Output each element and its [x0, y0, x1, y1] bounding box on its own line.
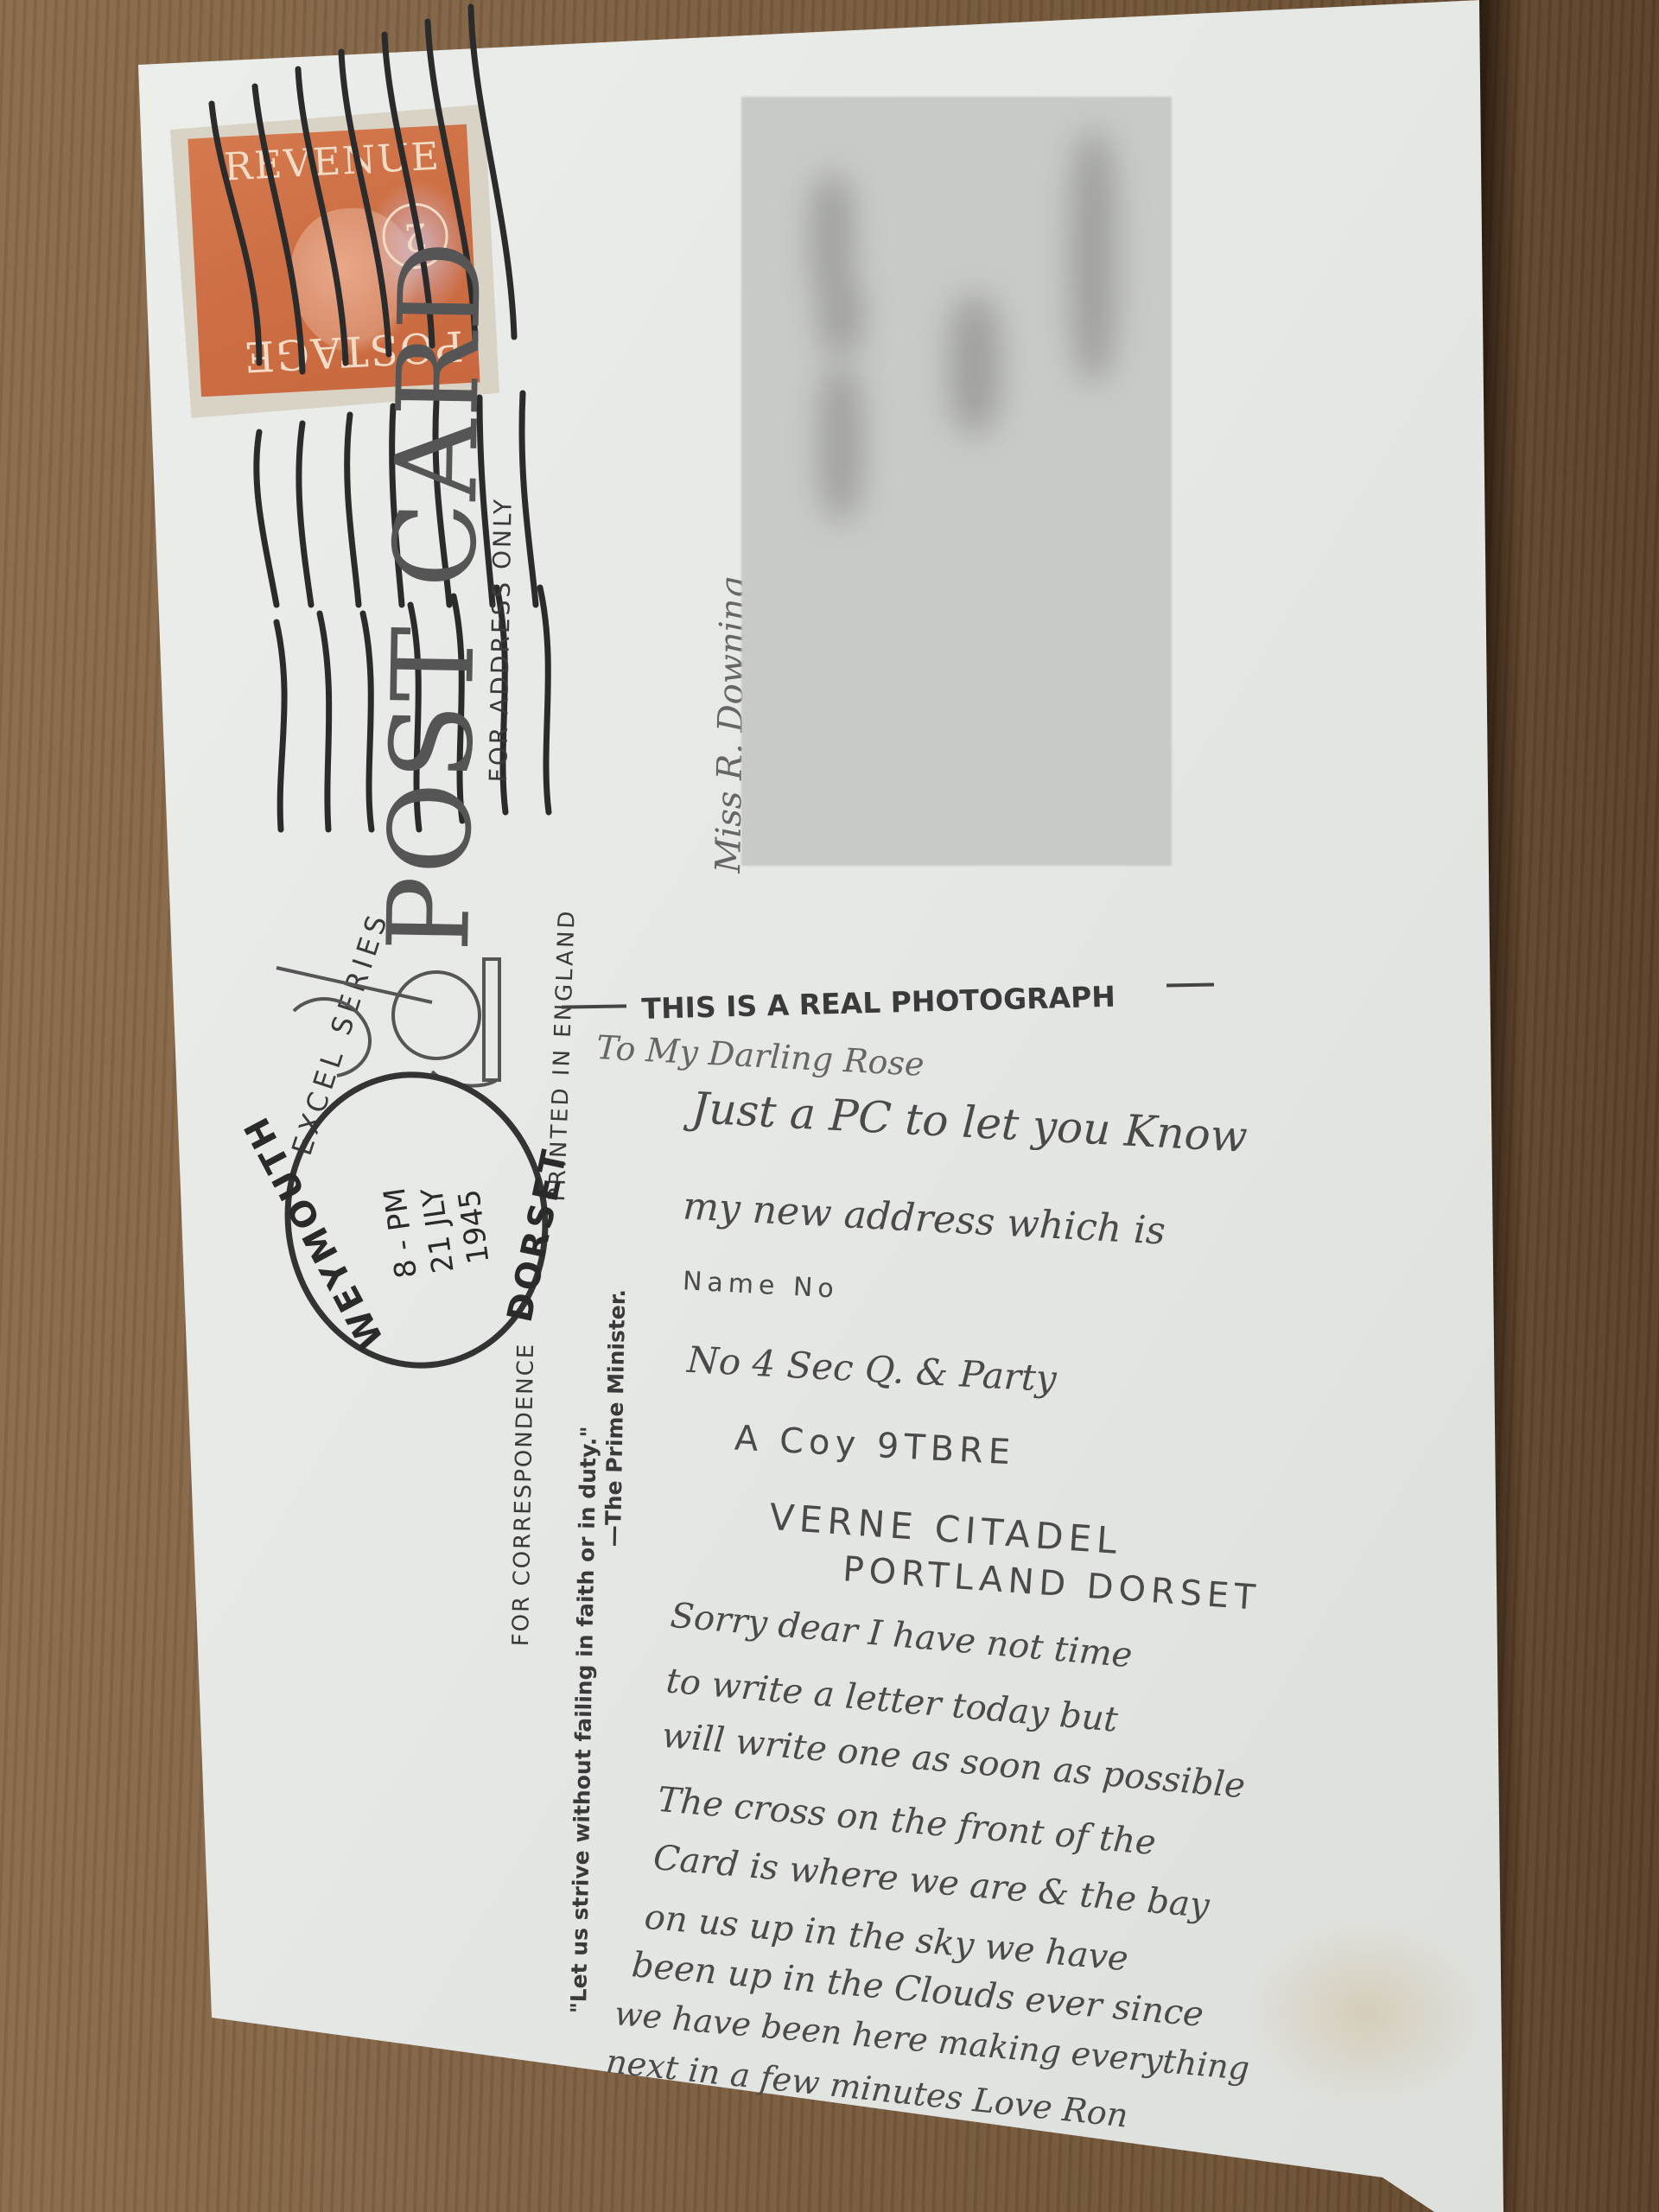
redacted-address-block [741, 97, 1172, 866]
postcard-content: REVENUE POSTAGE 2 [0, 0, 1659, 2212]
